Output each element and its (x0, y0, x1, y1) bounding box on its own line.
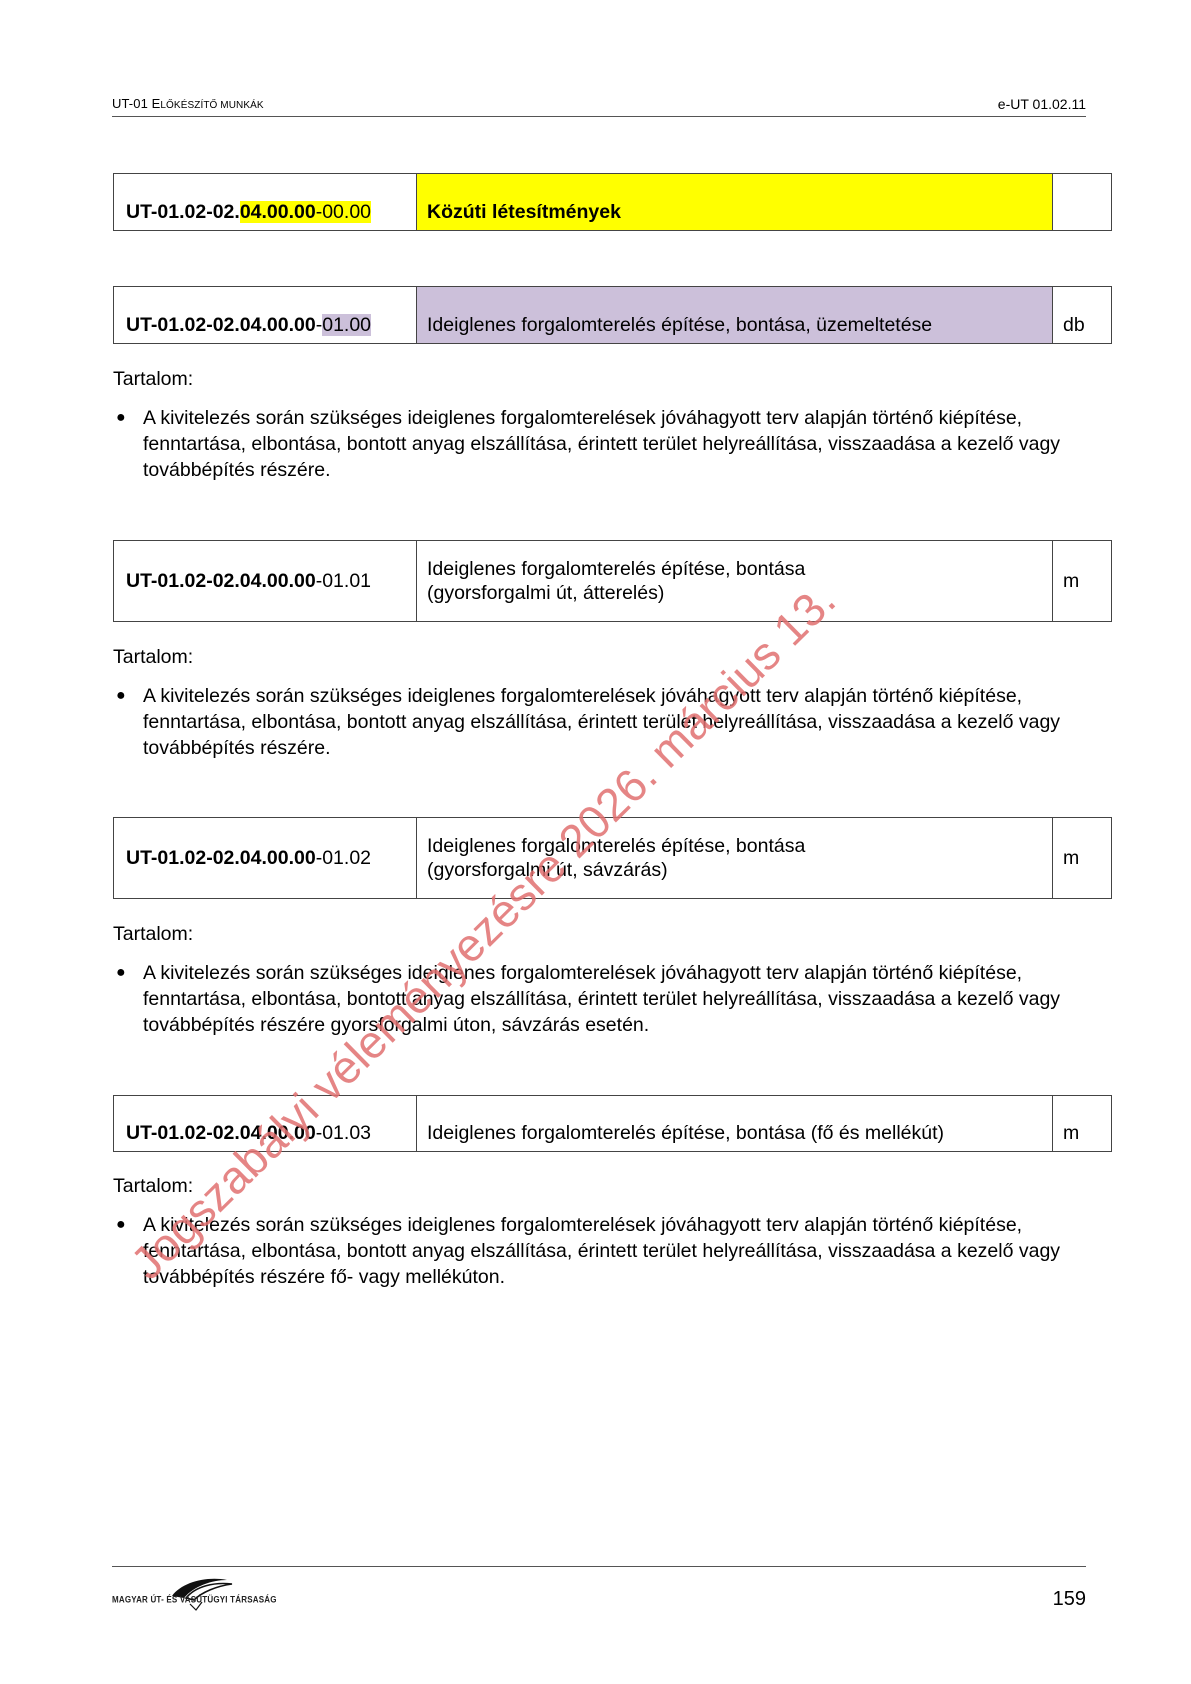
item-code: UT-01.02-02.04.00.00-01.01 (114, 541, 417, 622)
bullet-icon: ● (116, 683, 126, 709)
footer-divider (112, 1566, 1086, 1567)
header-doc-id: e-UT 01.02.11 (998, 96, 1086, 112)
code-bold: UT-01.02-02.04.00.00 (126, 847, 316, 869)
title-line2: (gyorsforgalmi út, sávzárás) (427, 859, 668, 881)
code-highlight: 04.00.00 (240, 201, 316, 223)
content-bullet: ● A kivitelezés során szükséges ideiglen… (113, 683, 1073, 761)
item-table-group: UT-01.02-02.04.00.00-00.00 Közúti létesí… (113, 173, 1112, 231)
header-title-prefix: UT-01 E (112, 96, 160, 111)
code-highlight: 01.00 (322, 314, 371, 336)
bullet-icon: ● (116, 1212, 126, 1238)
item-table: UT-01.02-02.04.00.00-01.03 Ideiglenes fo… (113, 1095, 1112, 1152)
item-unit (1053, 174, 1112, 231)
code-bold: UT-01.02-02.04.00.00 (126, 1122, 316, 1144)
item-table: UT-01.02-02.04.00.00-01.02 Ideiglenes fo… (113, 817, 1112, 899)
company-logo: MAGYAR ÚT- ÉS VASÚTÜGYI TÁRSASÁG (112, 1580, 262, 1620)
header-title-smallcaps: LŐKÉSZÍTŐ MUNKÁK (160, 100, 263, 111)
title-line2: (gyorsforgalmi út, átterelés) (427, 582, 664, 604)
item-title: Közúti létesítmények (417, 174, 1053, 231)
header-section-title: UT-01 ELŐKÉSZÍTŐ MUNKÁK (112, 96, 264, 111)
content-text: A kivitelezés során szükséges ideiglenes… (143, 960, 1073, 1038)
item-unit: db (1053, 287, 1112, 344)
item-title: Ideiglenes forgalomterelés építése, bont… (417, 541, 1053, 622)
item-title: Ideiglenes forgalomterelés építése, bont… (417, 818, 1053, 899)
content-bullet: ● A kivitelezés során szükséges ideiglen… (113, 1212, 1073, 1290)
page-number: 159 (1053, 1588, 1086, 1611)
item-code: UT-01.02-02.04.00.00-01.02 (114, 818, 417, 899)
item-table: UT-01.02-02.04.00.00-01.00 Ideiglenes fo… (113, 286, 1112, 344)
title-line1: Ideiglenes forgalomterelés építése, bont… (427, 558, 805, 580)
content-text: A kivitelezés során szükséges ideiglenes… (143, 1212, 1073, 1290)
content-text: A kivitelezés során szükséges ideiglenes… (143, 683, 1073, 761)
code-rest: -00.00 (316, 201, 371, 223)
content-label: Tartalom: (113, 646, 193, 669)
content-label: Tartalom: (113, 1175, 193, 1198)
item-code: UT-01.02-02.04.00.00-00.00 (114, 174, 417, 231)
content-label: Tartalom: (113, 368, 193, 391)
page-header: UT-01 ELŐKÉSZÍTŐ MUNKÁK e-UT 01.02.11 (112, 94, 1086, 117)
content-label: Tartalom: (113, 923, 193, 946)
code-rest: -01.03 (316, 1122, 371, 1144)
item-code: UT-01.02-02.04.00.00-01.03 (114, 1096, 417, 1152)
code-rest: -01.01 (316, 570, 371, 592)
item-table: UT-01.02-02.04.00.00-01.01 Ideiglenes fo… (113, 540, 1112, 622)
watermark-text: Jogszabályi véleményezésre 2026. március… (121, 573, 846, 1289)
content-bullet: ● A kivitelezés során szükséges ideiglen… (113, 960, 1073, 1038)
item-title: Ideiglenes forgalomterelés építése, bont… (417, 1096, 1053, 1152)
item-unit: m (1053, 1096, 1112, 1152)
bullet-icon: ● (116, 960, 126, 986)
title-line1: Ideiglenes forgalomterelés építése, bont… (427, 835, 805, 857)
bullet-icon: ● (116, 405, 126, 431)
logo-text: MAGYAR ÚT- ÉS VASÚTÜGYI TÁRSASÁG (112, 1594, 277, 1605)
code-bold: UT-01.02-02. (126, 201, 240, 223)
item-unit: m (1053, 818, 1112, 899)
item-unit: m (1053, 541, 1112, 622)
code-rest: -01.02 (316, 847, 371, 869)
code-bold: UT-01.02-02.04.00.00 (126, 570, 316, 592)
code-bold: UT-01.02-02.04.00.00 (126, 314, 316, 336)
item-title: Ideiglenes forgalomterelés építése, bont… (417, 287, 1053, 344)
content-bullet: ● A kivitelezés során szükséges ideiglen… (113, 405, 1073, 483)
item-code: UT-01.02-02.04.00.00-01.00 (114, 287, 417, 344)
content-text: A kivitelezés során szükséges ideiglenes… (143, 405, 1073, 483)
